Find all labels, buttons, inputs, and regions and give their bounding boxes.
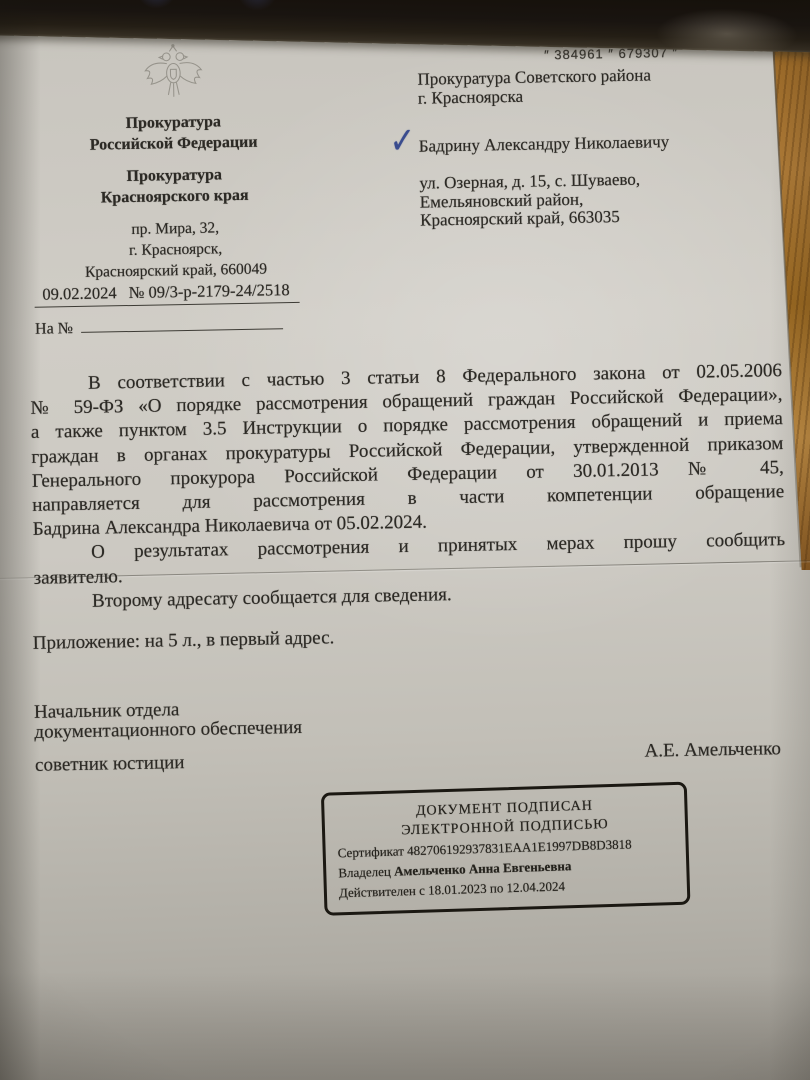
- letter-sheet: ″ 384961 ″ 679307 ″ Прок: [0, 0, 810, 1080]
- checkmark-icon: ✓: [389, 119, 415, 163]
- recipient-address-line3: Красноярский край, 663035: [420, 205, 760, 230]
- signer-position: Начальник отдела документационного обесп…: [34, 698, 302, 742]
- stamp-owner-value: Амельченко Анна Евгеньевна: [394, 858, 572, 878]
- signer-position-line2: документационного обеспечения: [34, 717, 302, 741]
- signer-rank: советник юстиции: [35, 752, 185, 777]
- recipient-name: Бадрину Александру Николаевичу: [419, 130, 759, 155]
- letter-date: 09.02.2024: [42, 283, 117, 303]
- sender-letterhead: Прокуратура Российской Федерации Прокура…: [23, 109, 326, 283]
- reference-number-line: На №: [35, 314, 283, 339]
- letter-number: № 09/3-р-2179-24/2518: [128, 280, 289, 302]
- reference-blank-line: [81, 314, 283, 333]
- date-and-number-line: 09.02.2024№ 09/3-р-2179-24/2518: [34, 280, 300, 308]
- coat-of-arms-eagle-icon: [134, 43, 213, 107]
- attachment-line: Приложение: на 5 л., в первый адрес.: [33, 627, 335, 655]
- letter-body: В соответствии с частью 3 статьи 8 Федер…: [30, 359, 786, 615]
- stamp-certificate-label: Сертификат: [337, 843, 404, 860]
- reference-label: На №: [35, 320, 73, 338]
- document-photo: ″ 384961 ″ 679307 ″ Прок: [0, 0, 810, 1080]
- recipient-block: Прокуратура Советского района г. Красноя…: [417, 63, 760, 230]
- stamp-owner-label: Владелец: [338, 864, 391, 881]
- electronic-signature-stamp: ДОКУМЕНТ ПОДПИСАН ЭЛЕКТРОННОЙ ПОДПИСЬЮ С…: [321, 782, 691, 916]
- signer-name: А.Е. Амельченко: [591, 738, 781, 763]
